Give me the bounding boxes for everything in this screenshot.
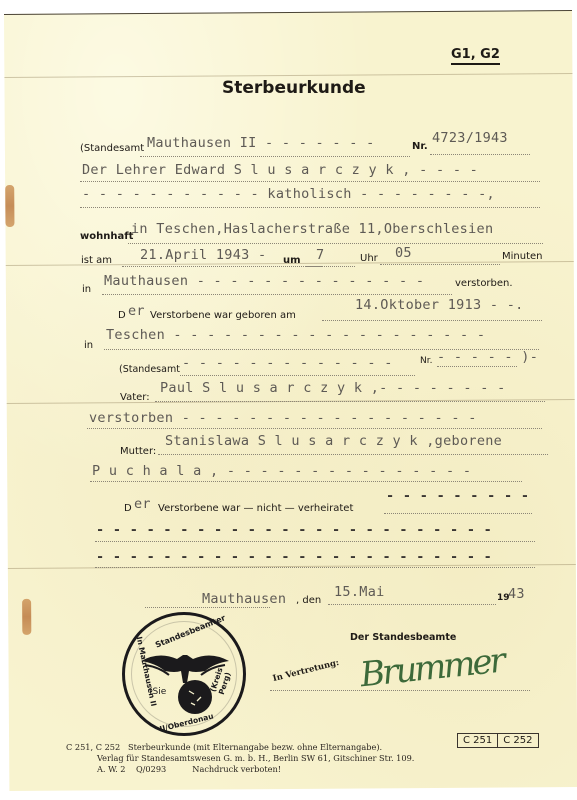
wohnhaft-label: wohnhaft (80, 231, 133, 242)
minuten-label: Minuten (502, 251, 543, 262)
footer-notice: Nachdruck verboten! (192, 764, 281, 774)
standesamt-value: Mauthausen II - - - - - - - (147, 135, 375, 151)
married-label: Verstorbene war — nicht — verheiratet (158, 503, 353, 514)
form-code: G1, G2 (451, 47, 500, 65)
rust-stain (22, 599, 31, 635)
official-seal: Standesbeamter In Mauthausen II (Kreis P… (122, 612, 246, 736)
death-place: Mauthausen - - - - - - - - - - - - - - (104, 273, 424, 289)
married-value: - - - - - - - - - (386, 488, 529, 504)
nr-label: Nr. (412, 141, 428, 152)
form-number-right: C 252 (497, 734, 537, 747)
born-label: Verstorbene war geboren am (150, 310, 296, 321)
mutter-maiden-name: P u c h a l a , - - - - - - - - - - - - … (92, 463, 471, 479)
standesamt2-label: (Standesamt (119, 364, 180, 375)
form-number-left: C 251 (458, 734, 497, 747)
eagle-emblem-icon (139, 641, 231, 715)
year-suffix: 43 (508, 586, 525, 602)
mutter-label: Mutter: (120, 446, 156, 457)
footer-q-number: Q/0293 (136, 764, 166, 774)
religion-line: - - - - - - - - - - - katholisch - - - -… (82, 186, 495, 202)
footer-text: C 251, C 252 Sterbeurkunde (mit Elternan… (66, 742, 414, 775)
wohnhaft-value: in Teschen,Haslacherstraße 11,Oberschles… (131, 221, 493, 237)
registrar-title: Der Standesbeamte (350, 632, 456, 643)
in-label: in (82, 284, 91, 295)
mutter-value: Stanislawa S l u s a r c z y k ,geborene (165, 433, 502, 449)
document-title: Sterbeurkunde (222, 78, 366, 98)
verstorben-label: verstorben. (455, 278, 513, 289)
form-number-box: C 251 C 252 (457, 733, 539, 748)
standesamt2-value: - - - - - - - - - - - - - (182, 355, 393, 371)
married-prefix: D (124, 503, 132, 514)
place-signed: Mauthausen (202, 591, 286, 607)
nr2-value: - - - - - )- (437, 349, 538, 365)
nr2-label: Nr. (420, 356, 432, 366)
born-prefix: D (118, 310, 126, 321)
person-line: Der Lehrer Edward S l u s a r c z y k , … (82, 162, 478, 178)
birth-place: Teschen - - - - - - - - - - - - - - - - … (106, 327, 485, 343)
vater-label: Vater: (120, 392, 150, 403)
blank-line-1: - - - - - - - - - - - - - - - - - - - - … (96, 522, 492, 538)
standesamt-label: (Standesamt (80, 143, 144, 154)
rust-stain (5, 185, 14, 227)
seal-siegel-label: (Sie (149, 687, 166, 697)
den-label: , den (296, 595, 321, 606)
born-prefix-typed: er (128, 303, 145, 319)
footer-line-1: Sterbeurkunde (mit Elternangabe bezw. oh… (128, 742, 382, 752)
ist-am-label: ist am (81, 255, 112, 266)
footer-line-2: Verlag für Standesamtswesen G. m. b. H.,… (66, 753, 414, 764)
death-hour: 7 (316, 247, 324, 263)
death-date: 21.April 1943 - (140, 247, 266, 263)
um-label: um (283, 255, 301, 266)
birth-date: 14.Oktober 1913 - -. (355, 297, 524, 313)
footer-code: C 251, C 252 (66, 742, 120, 752)
vater-value: Paul S l u s a r c z y k ,- - - - - - - … (160, 380, 506, 396)
date-signed: 15.Mai (334, 584, 385, 600)
death-minutes: 05 (395, 245, 412, 261)
blank-line-2: - - - - - - - - - - - - - - - - - - - - … (96, 549, 492, 565)
nr-value: 4723/1943 (432, 130, 508, 146)
uhr-label: Uhr (360, 253, 378, 264)
vater-status: verstorben - - - - - - - - - - - - - - -… (89, 410, 477, 426)
footer-aw: A. W. 2 (97, 764, 126, 774)
in-label-2: in (84, 340, 93, 351)
married-prefix-typed: er (134, 496, 151, 512)
